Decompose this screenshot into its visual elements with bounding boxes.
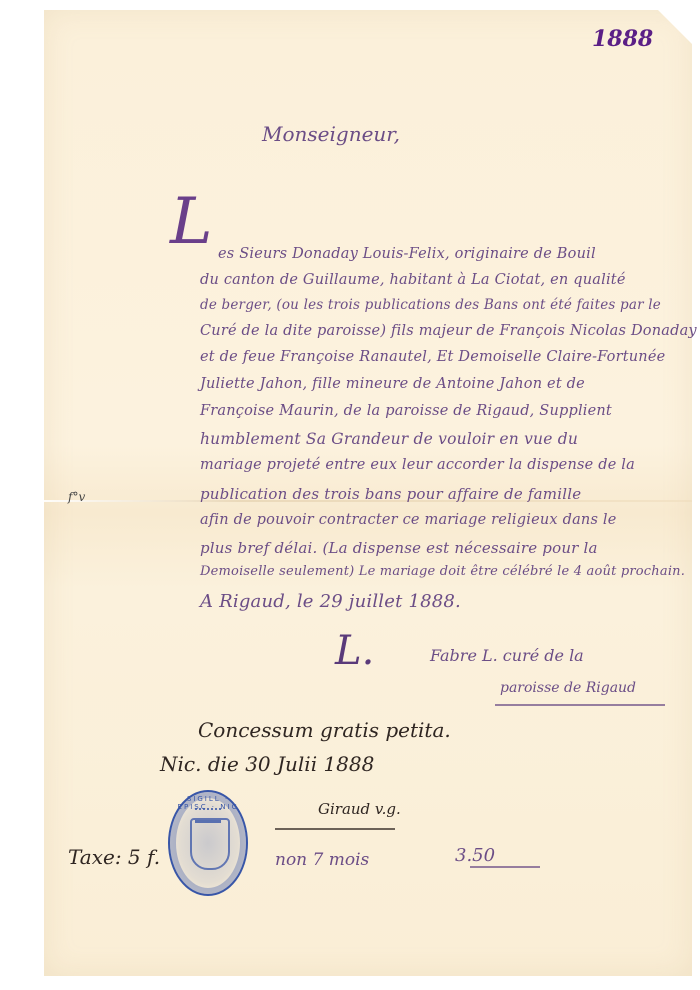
body-line-9: mariage projeté entre eux leur accorder … [200, 457, 635, 473]
body-line-2: du canton de Guillaume, habitant à La Ci… [200, 272, 626, 288]
place-date-line: A Rigaud, le 29 juillet 1888. [200, 591, 461, 612]
decorative-initial: L [170, 190, 213, 254]
approval-date: Nic. die 30 Julii 1888 [160, 752, 374, 776]
body-line-8: humblement Sa Grandeur de vouloir en vue… [200, 430, 578, 448]
approval-concessum: Concessum gratis petita. [198, 718, 451, 742]
margin-note: f°v [68, 490, 85, 504]
body-line-12: plus bref délai. (La dispense est nécess… [200, 539, 598, 557]
year-annotation: 1888 [592, 26, 653, 52]
approval-signatory: Giraud v.g. [318, 800, 401, 818]
tax-label: Taxe: 5 f. [68, 845, 160, 869]
episcopal-seal-stamp: SIGILL · EPISC · NIC [168, 790, 248, 896]
signature-name: Fabre L. curé de la [430, 646, 584, 665]
signature-flourish [495, 704, 665, 706]
body-line-4: Curé de la dite paroisse) fils majeur de… [200, 323, 697, 339]
body-line-5: et de feue Françoise Ranautel, Et Demois… [200, 349, 665, 365]
body-line-6: Juliette Jahon, fille mineure de Antoine… [200, 376, 585, 392]
body-line-1: es Sieurs Donaday Louis-Felix, originair… [218, 246, 596, 262]
tax-underline [470, 866, 540, 868]
salutation: Monseigneur, [262, 122, 400, 146]
tax-note: non 7 mois [275, 850, 369, 870]
signature-title: paroisse de Rigaud [500, 680, 636, 696]
body-line-7: Françoise Maurin, de la paroisse de Riga… [200, 403, 612, 419]
tax-amount: 3.50 [455, 845, 495, 866]
coat-of-arms-icon [190, 818, 230, 870]
signature-initial: L. [335, 628, 374, 674]
body-line-3: de berger, (ou les trois publications de… [200, 297, 661, 313]
body-line-11: afin de pouvoir contracter ce mariage re… [200, 512, 617, 528]
torn-corner [658, 10, 692, 44]
body-line-10: publication des trois bans pour affaire … [200, 485, 581, 503]
body-line-13: Demoiselle seulement) Le mariage doit êt… [200, 564, 685, 579]
signatory-flourish [275, 828, 395, 830]
